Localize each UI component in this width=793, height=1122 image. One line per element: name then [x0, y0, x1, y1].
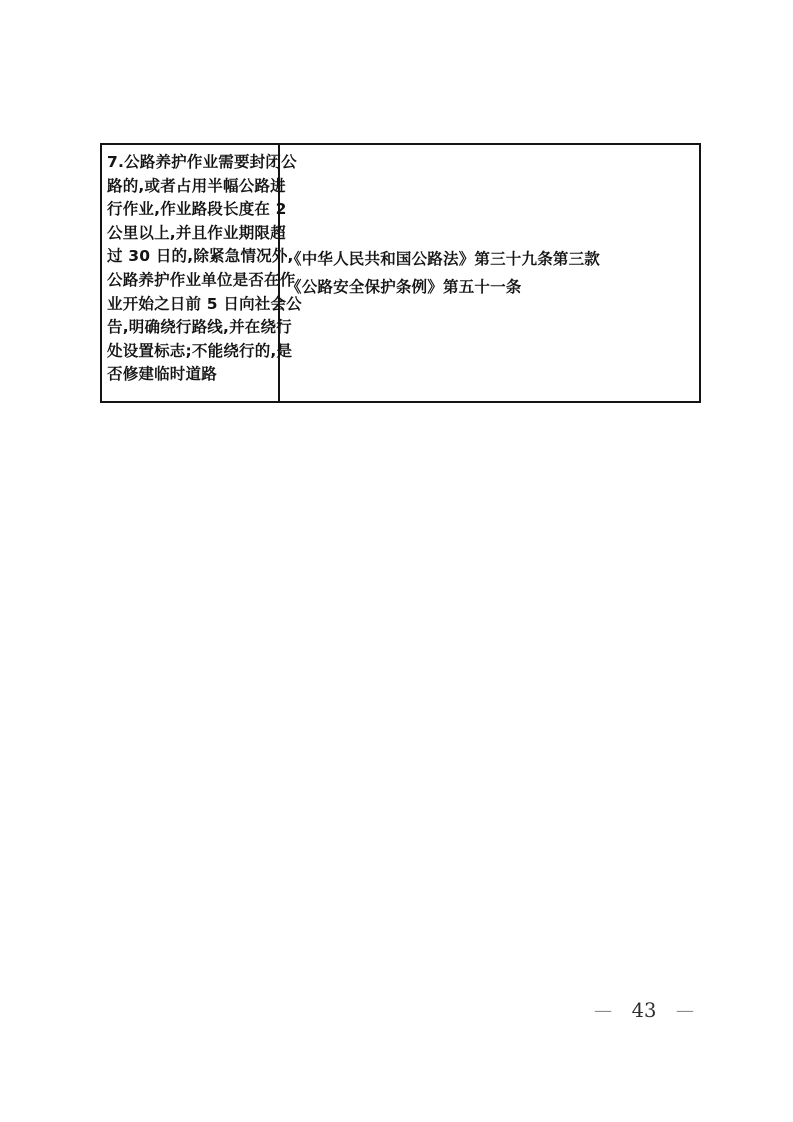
compliance-table: 7.公路养护作业需要封闭公 路的,或者占用半幅公路进 行作业,作业路段长度在 2… — [100, 143, 701, 403]
page-number-value: 43 — [632, 999, 657, 1023]
legal-basis-cell: 《中华人民共和国公路法》第三十九条第三款 《公路安全保护条例》第五十一条 — [280, 145, 699, 401]
inspection-item-line: 告,明确绕行路线,并在绕行 — [107, 316, 273, 340]
legal-basis-line: 《中华人民共和国公路法》第三十九条第三款 — [286, 245, 699, 273]
inspection-item-line: 路的,或者占用半幅公路进 — [107, 175, 273, 199]
page-number-dash-right: — — [676, 999, 694, 1023]
inspection-item-line: 过 30 日的,除紧急情况外, — [107, 245, 273, 269]
inspection-item-cell: 7.公路养护作业需要封闭公 路的,或者占用半幅公路进 行作业,作业路段长度在 2… — [102, 145, 280, 401]
inspection-item-line: 公路养护作业单位是否在作 — [107, 269, 273, 293]
legal-basis-line: 《公路安全保护条例》第五十一条 — [286, 273, 699, 301]
page-number: — 43 — — [594, 999, 694, 1023]
page-number-dash-left: — — [594, 999, 612, 1023]
inspection-item-line: 公里以上,并且作业期限超 — [107, 222, 273, 246]
inspection-item-line: 7.公路养护作业需要封闭公 — [107, 151, 273, 175]
inspection-item-line: 处设置标志;不能绕行的,是 — [107, 340, 273, 364]
inspection-item-line: 行作业,作业路段长度在 2 — [107, 198, 273, 222]
inspection-item-line: 业开始之日前 5 日向社会公 — [107, 293, 273, 317]
document-page: 7.公路养护作业需要封闭公 路的,或者占用半幅公路进 行作业,作业路段长度在 2… — [0, 0, 793, 1122]
inspection-item-line: 否修建临时道路 — [107, 363, 273, 387]
